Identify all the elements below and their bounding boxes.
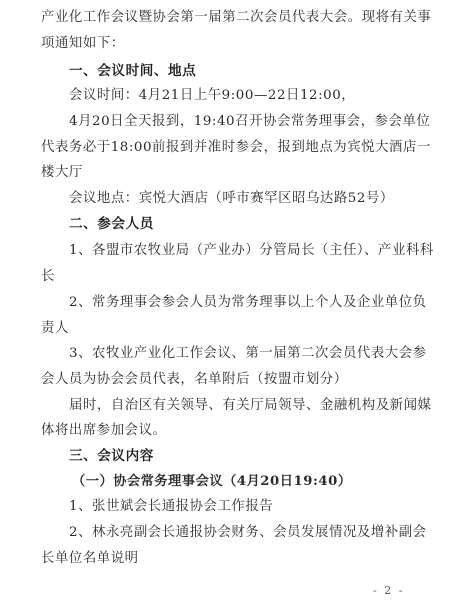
paragraph-line: 2、林永亮副会长通报协会财务、会员发展情况及增补副会	[69, 524, 443, 542]
paragraph-line: 代表务必于18:00前报到并准时参会，报到地点为宾悦大酒店一	[41, 139, 415, 157]
paragraph-line: 1、各盟市农牧业局（产业办）分管局长（主任）、产业科科	[69, 242, 443, 260]
paragraph-line: 体将出席参加会议。	[41, 422, 415, 440]
paragraph-line: 项通知如下：	[41, 35, 415, 53]
section-heading-agenda: 三、会议内容	[69, 447, 443, 465]
section-heading-time-location: 一、会议时间、地点	[69, 62, 443, 80]
subsection-heading-council-meeting: （一）协会常务理事会议（4月20日19:40）	[72, 473, 446, 491]
paragraph-line: 2、常务理事会参会人员为常务理事以上个人及企业单位负	[69, 294, 443, 312]
paragraph-line: 会人员为协会会员代表，名单附后（按盟市划分）	[41, 371, 415, 389]
paragraph-line: 责人	[41, 320, 415, 338]
paragraph-line: 楼大厅	[41, 164, 415, 182]
paragraph-line: 3、农牧业产业化工作会议、第一届第二次会员代表大会参	[69, 345, 443, 363]
paragraph-line: 届时，自治区有关领导、有关厅局领导、金融机构及新闻媒	[69, 397, 443, 415]
paragraph-line: 长单位名单说明	[41, 550, 415, 568]
page-number: - 2 -	[373, 584, 404, 597]
section-heading-attendees: 二、参会人员	[69, 215, 443, 233]
paragraph-line: 长	[41, 268, 415, 286]
paragraph-line: 4月20日全天报到，19:40召开协会常务理事会，参会单位	[69, 113, 443, 131]
paragraph-line: 会议时间：4月21日上午9:00—22日12:00，	[69, 87, 443, 105]
document-page: 产业化工作会议暨协会第一届第二次会员代表大会。现将有关事 项通知如下： 一、会议…	[0, 0, 453, 610]
paragraph-line: 产业化工作会议暨协会第一届第二次会员代表大会。现将有关事	[41, 9, 415, 27]
paragraph-line: 会议地点：宾悦大酒店（呼市赛罕区昭乌达路52号）	[69, 190, 443, 208]
paragraph-line: 1、张世斌会长通报协会工作报告	[69, 498, 443, 516]
